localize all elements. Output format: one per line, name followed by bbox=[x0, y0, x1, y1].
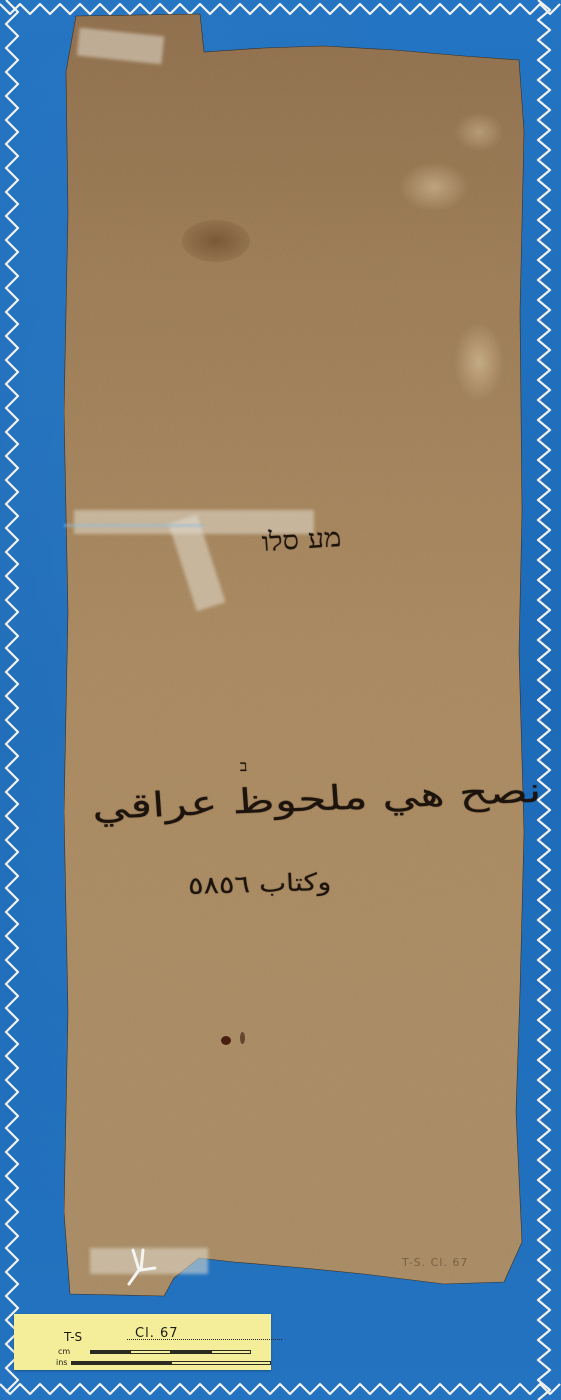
upper-note: מע סלו bbox=[261, 523, 342, 558]
second-inscription: وكتاب ٥٨٥٦ bbox=[187, 868, 331, 900]
inch-scale-bar bbox=[71, 1361, 271, 1365]
pencil-shelfmark: T-S. Cl. 67 bbox=[402, 1256, 468, 1269]
paper-sheet bbox=[64, 12, 526, 1302]
manuscript-fragment bbox=[64, 12, 526, 1302]
stitching-left bbox=[0, 0, 30, 1400]
cm-label: cm bbox=[58, 1347, 70, 1356]
shelfmark-label: T-S Cl. 67 cm ins bbox=[14, 1314, 271, 1370]
ins-label: ins bbox=[56, 1358, 67, 1367]
cm-scale-bar bbox=[90, 1350, 252, 1354]
stitching-bottom bbox=[0, 1380, 561, 1400]
thread-knot bbox=[125, 1248, 165, 1288]
dotted-line bbox=[127, 1339, 282, 1340]
stitching-right bbox=[528, 0, 561, 1400]
collection-code: T-S bbox=[64, 1330, 82, 1344]
letter-mark: ב bbox=[240, 757, 247, 776]
repair-tape-blue bbox=[64, 524, 204, 527]
